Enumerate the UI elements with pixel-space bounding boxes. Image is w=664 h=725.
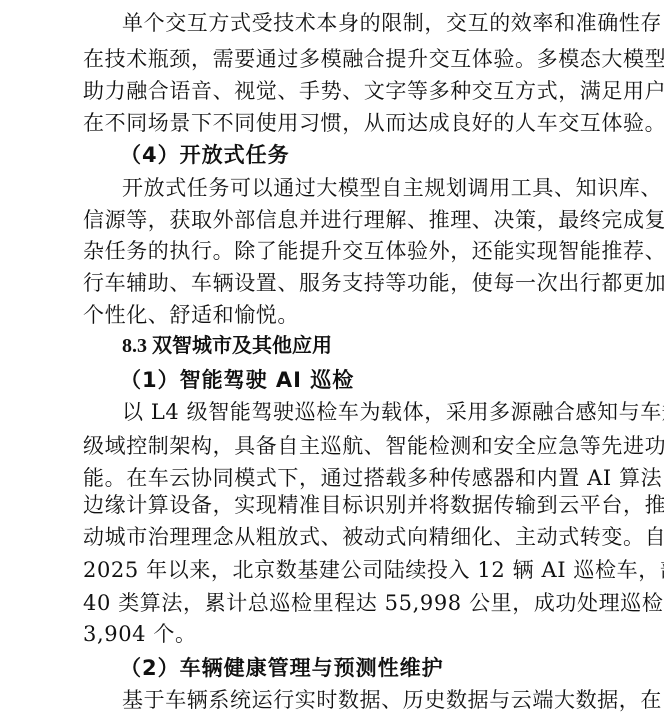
section-heading-8-3: 8.3 双智城市及其他应用: [122, 332, 332, 360]
paragraph-vehicle-health-line-1: 基于车辆系统运行实时数据、历史数据与云端大数据，在: [122, 686, 588, 714]
document-page: 单个交互方式受技术本身的限制，交互的效率和准确性存 在技术瓶颈，需要通过多模融合…: [0, 0, 664, 725]
paragraph-ai-patrol-line-4: 边缘计算设备，实现精准目标识别并将数据传输到云平台，推: [83, 491, 588, 519]
paragraph-open-task-line-1: 开放式任务可以通过大模型自主规划调用工具、知识库、: [122, 174, 588, 202]
paragraph-ai-patrol-line-8: 3,904 个。: [83, 620, 588, 648]
paragraph-open-task-line-2: 信源等，获取外部信息并进行理解、推理、决策，最终完成复: [83, 206, 588, 234]
paragraph-ai-patrol-line-1: 以 L4 级智能驾驶巡检车为载体，采用多源融合感知与车规: [122, 398, 588, 426]
paragraph-interaction-line-2: 在技术瓶颈，需要通过多模融合提升交互体验。多模态大模型: [83, 45, 588, 73]
paragraph-open-task-line-4: 行车辅助、车辆设置、服务支持等功能，使每一次出行都更加: [83, 269, 588, 297]
heading-vehicle-health: （2）车辆健康管理与预测性维护: [120, 654, 444, 682]
paragraph-open-task-line-3: 杂任务的执行。除了能提升交互体验外，还能实现智能推荐、: [83, 237, 588, 265]
paragraph-ai-patrol-line-7: 40 类算法，累计总巡检里程达 55,998 公里，成功处理巡检案件: [83, 589, 588, 617]
heading-ai-patrol: （1）智能驾驶 AI 巡检: [120, 366, 354, 394]
paragraph-ai-patrol-line-5: 动城市治理理念从粗放式、被动式向精细化、主动式转变。自: [83, 523, 588, 551]
paragraph-open-task-line-5: 个性化、舒适和愉悦。: [83, 301, 588, 329]
paragraph-ai-patrol-line-2: 级域控制架构，具备自主巡航、智能检测和安全应急等先进功: [83, 432, 588, 460]
heading-open-task: （4）开放式任务: [120, 141, 290, 169]
paragraph-interaction-line-1: 单个交互方式受技术本身的限制，交互的效率和准确性存: [122, 9, 588, 37]
paragraph-interaction-line-3: 助力融合语音、视觉、手势、文字等多种交互方式，满足用户: [83, 77, 588, 105]
paragraph-interaction-line-4: 在不同场景下不同使用习惯，从而达成良好的人车交互体验。: [83, 109, 588, 137]
paragraph-ai-patrol-line-6: 2025 年以来，北京数基建公司陆续投入 12 辆 AI 巡检车，部署: [83, 556, 588, 584]
paragraph-ai-patrol-line-3: 能。在车云协同模式下，通过搭载多种传感器和内置 AI 算法的: [83, 464, 588, 492]
